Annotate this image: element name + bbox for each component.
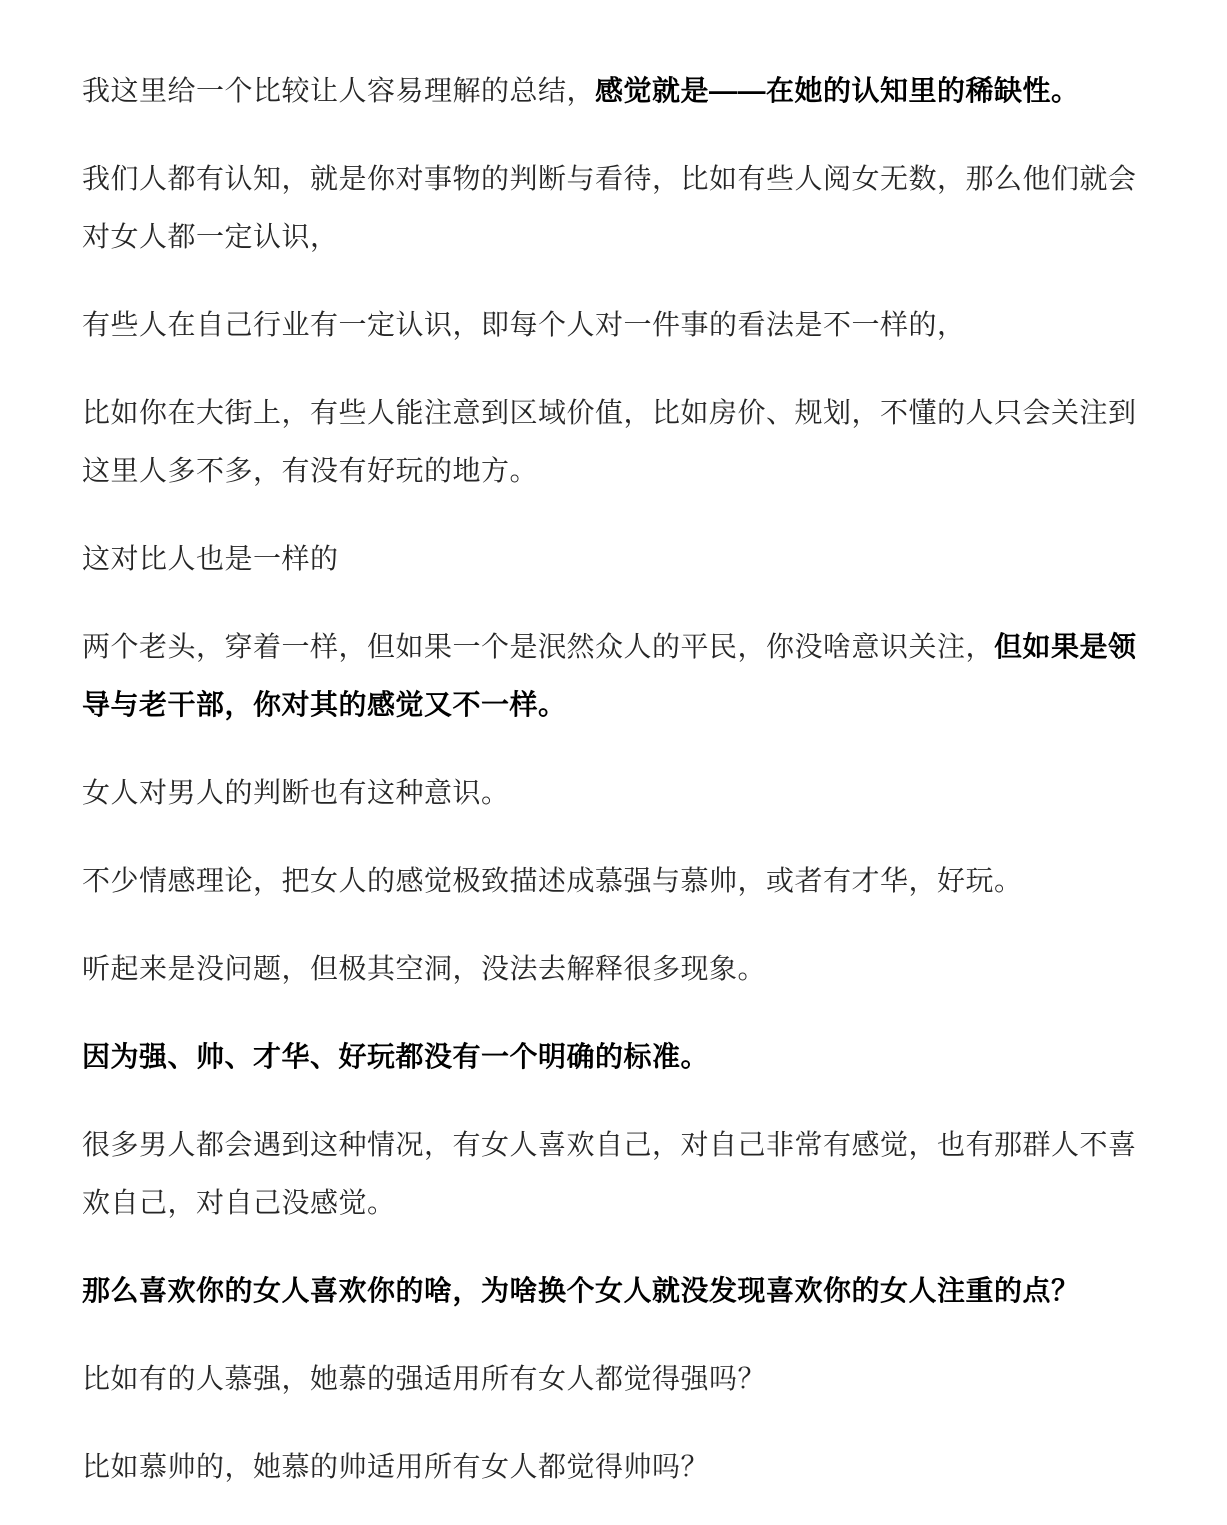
paragraph-12: 那么喜欢你的女人喜欢你的啥，为啥换个女人就没发现喜欢你的女人注重的点？ [82, 1262, 1145, 1320]
paragraph-2: 我们人都有认知，就是你对事物的判断与看待，比如有些人阅女无数，那么他们就会对女人… [82, 150, 1145, 266]
text-run: 我这里给一个比较让人容易理解的总结， [82, 75, 595, 106]
text-run: 很多男人都会遇到这种情况，有女人喜欢自己，对自己非常有感觉，也有那群人不喜欢自己… [82, 1129, 1137, 1218]
text-run: 比如慕帅的，她慕的帅适用所有女人都觉得帅吗？ [82, 1451, 709, 1482]
paragraph-11: 很多男人都会遇到这种情况，有女人喜欢自己，对自己非常有感觉，也有那群人不喜欢自己… [82, 1116, 1145, 1232]
article-body: 我这里给一个比较让人容易理解的总结，感觉就是——在她的认知里的稀缺性。我们人都有… [0, 0, 1227, 1496]
paragraph-3: 有些人在自己行业有一定认识，即每个人对一件事的看法是不一样的， [82, 296, 1145, 354]
text-run-bold: 感觉就是——在她的认知里的稀缺性。 [595, 75, 1080, 106]
paragraph-1: 我这里给一个比较让人容易理解的总结，感觉就是——在她的认知里的稀缺性。 [82, 62, 1145, 120]
text-run: 听起来是没问题，但极其空洞，没法去解释很多现象。 [82, 953, 766, 984]
text-run-bold: 因为强、帅、才华、好玩都没有一个明确的标准。 [82, 1041, 709, 1072]
text-run: 我们人都有认知，就是你对事物的判断与看待，比如有些人阅女无数，那么他们就会对女人… [82, 163, 1137, 252]
paragraph-13: 比如有的人慕强，她慕的强适用所有女人都觉得强吗？ [82, 1350, 1145, 1408]
paragraph-6: 两个老头，穿着一样，但如果一个是泯然众人的平民，你没啥意识关注，但如果是领导与老… [82, 618, 1145, 734]
text-run: 不少情感理论，把女人的感觉极致描述成慕强与慕帅，或者有才华，好玩。 [82, 865, 1023, 896]
text-run: 这对比人也是一样的 [82, 543, 339, 574]
paragraph-14: 比如慕帅的，她慕的帅适用所有女人都觉得帅吗？ [82, 1438, 1145, 1496]
text-run: 比如有的人慕强，她慕的强适用所有女人都觉得强吗？ [82, 1363, 766, 1394]
paragraph-7: 女人对男人的判断也有这种意识。 [82, 764, 1145, 822]
paragraph-8: 不少情感理论，把女人的感觉极致描述成慕强与慕帅，或者有才华，好玩。 [82, 852, 1145, 910]
paragraph-9: 听起来是没问题，但极其空洞，没法去解释很多现象。 [82, 940, 1145, 998]
paragraph-5: 这对比人也是一样的 [82, 530, 1145, 588]
paragraph-10: 因为强、帅、才华、好玩都没有一个明确的标准。 [82, 1028, 1145, 1086]
text-run: 比如你在大街上，有些人能注意到区域价值，比如房价、规划，不懂的人只会关注到这里人… [82, 397, 1137, 486]
text-run: 两个老头，穿着一样，但如果一个是泯然众人的平民，你没啥意识关注， [82, 631, 994, 662]
text-run: 有些人在自己行业有一定认识，即每个人对一件事的看法是不一样的， [82, 309, 966, 340]
text-run-bold: 那么喜欢你的女人喜欢你的啥，为啥换个女人就没发现喜欢你的女人注重的点？ [82, 1275, 1080, 1306]
paragraph-4: 比如你在大街上，有些人能注意到区域价值，比如房价、规划，不懂的人只会关注到这里人… [82, 384, 1145, 500]
text-run: 女人对男人的判断也有这种意识。 [82, 777, 510, 808]
